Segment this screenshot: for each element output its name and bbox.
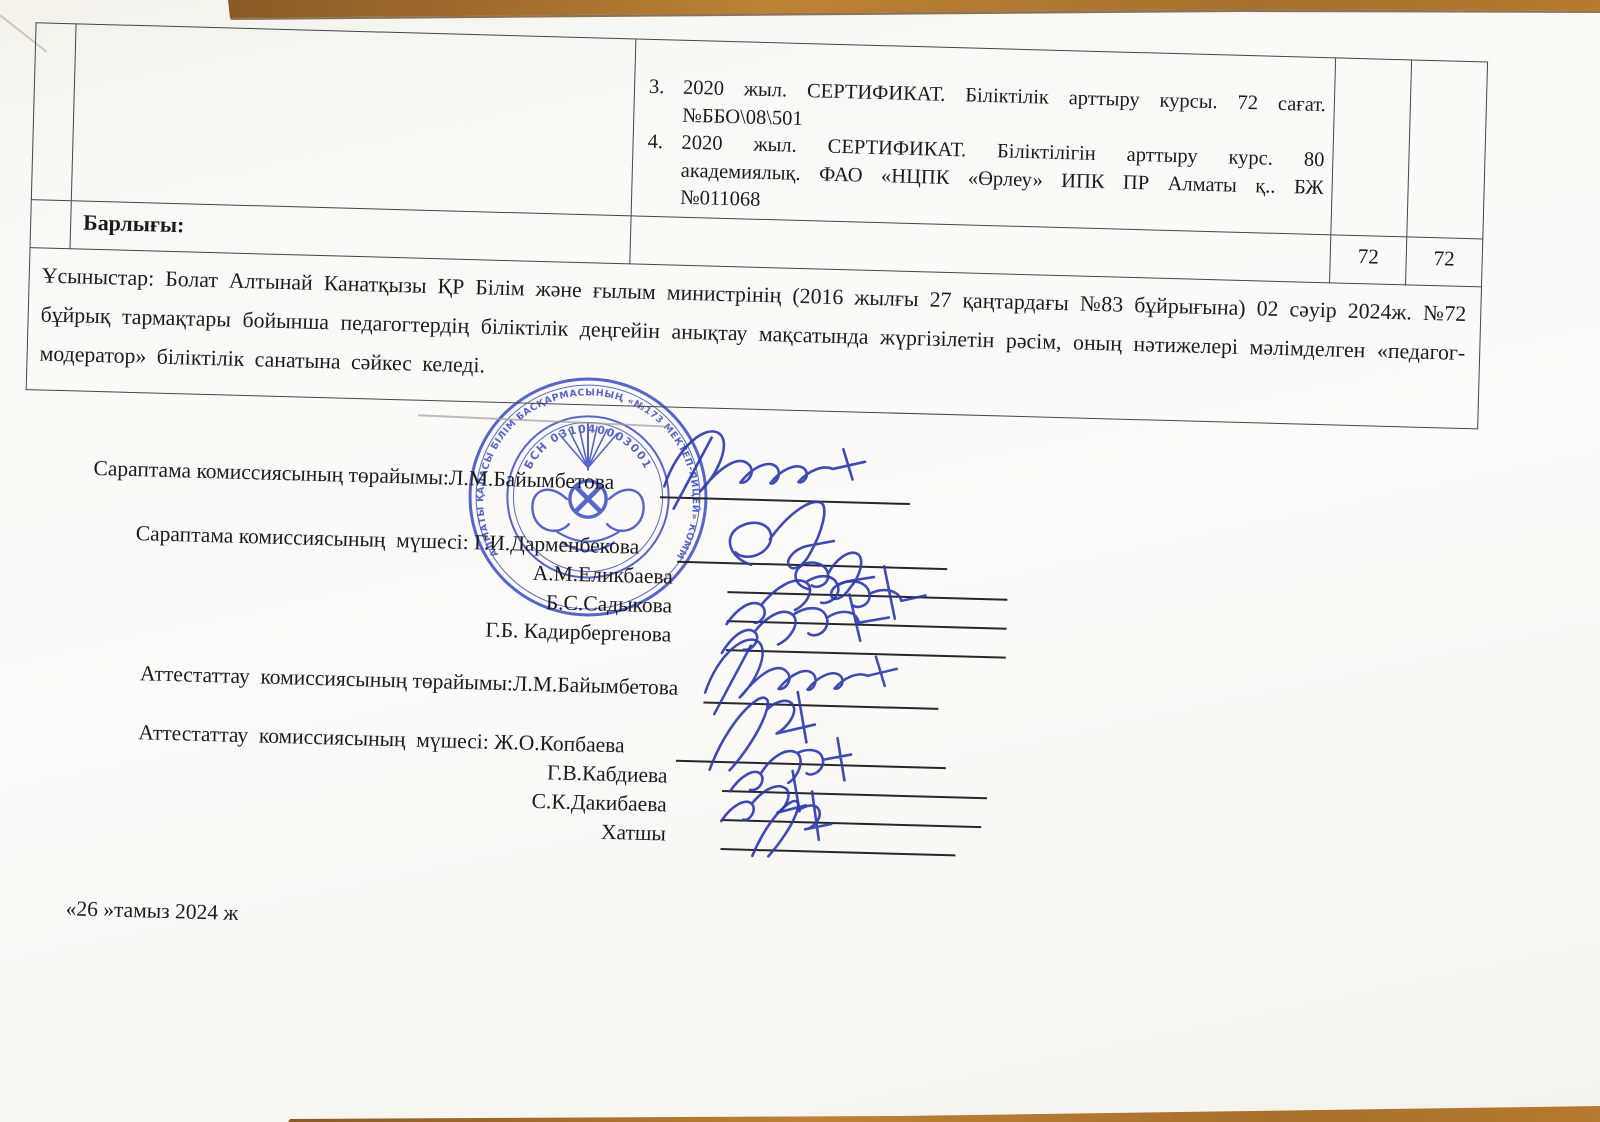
signature-name: Л.М.Байымбетова: [449, 463, 615, 496]
signature-row-expert-chair: Сараптама комиссиясының төрайымы:Л.М.Бай…: [93, 453, 1520, 521]
certificate-number: 4.: [642, 129, 682, 212]
cell-empty: [71, 24, 636, 216]
certificate-text: 2020 жыл. СЕРТИФИКАТ. Біліктілігін артты…: [680, 130, 1325, 230]
scanned-document-photo: АЛМАТЫ ҚАЛАСЫ БІЛІМ БАСҚАРМАСЫНЫҢ «№173 …: [0, 0, 1600, 1122]
cell-certificate-list: 3. 2020 жыл. СЕРТИФИКАТ. Біліктілік артт…: [631, 39, 1336, 234]
document-content: 3. 2020 жыл. СЕРТИФИКАТ. Біліктілік артт…: [3, 8, 1532, 960]
certificate-item: 4. 2020 жыл. СЕРТИФИКАТ. Біліктілігін ар…: [642, 129, 1325, 230]
wood-edge-top: [228, 0, 1600, 18]
cell-empty: [30, 199, 71, 248]
total-hours-claimed: 72: [1330, 234, 1407, 284]
signature-line: [677, 534, 948, 569]
cell-empty: [1331, 58, 1412, 236]
signature-line: [676, 733, 947, 768]
signature-row-attest-chair: Аттестаттау комиссиясының төрайымы:Л.М.Б…: [140, 659, 1515, 725]
total-hours-confirmed: 72: [1406, 236, 1483, 286]
signature-label: Сараптама комиссиясының төрайымы:: [93, 453, 449, 492]
wood-edge-bottom: [288, 1106, 1600, 1122]
qualification-table: 3. 2020 жыл. СЕРТИФИКАТ. Біліктілік артт…: [26, 22, 1488, 429]
document-date: «26 »тамыз 2024 ж: [65, 896, 1508, 960]
signature-name: Л.М.Байымбетова: [513, 669, 679, 702]
handwritten-signature: [645, 411, 928, 519]
signature-line: [660, 470, 911, 505]
certificate-number: 3.: [644, 74, 683, 130]
cell-empty: [1407, 60, 1488, 238]
cell-empty: [31, 23, 76, 201]
signature-label: Аттестаттау комиссиясының төрайымы:: [140, 659, 514, 698]
signature-name: Ж.О.Копбаева: [494, 727, 625, 760]
signature-name: Г.И.Дарменбекова: [474, 528, 640, 561]
signature-block: Сараптама комиссиясының төрайымы:Л.М.Бай…: [6, 451, 1521, 871]
recommendation-paragraph: Ұсыныстар: Болат Алтынай Канатқызы ҚР Бі…: [39, 256, 1467, 412]
